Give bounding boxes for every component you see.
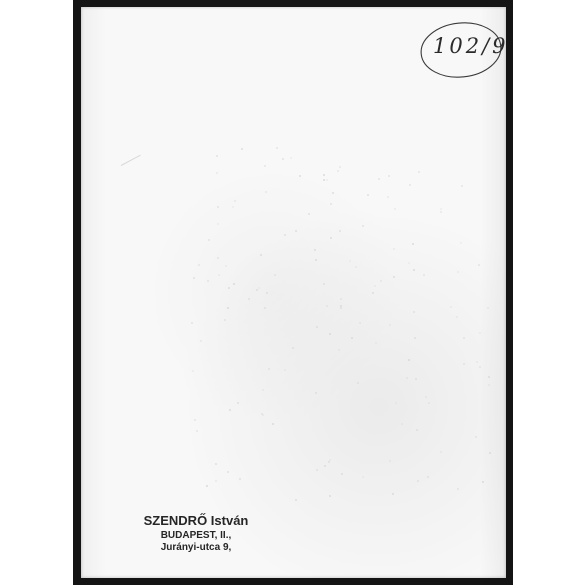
paper-speck (227, 307, 229, 309)
paper-speck (413, 269, 415, 271)
paper-speck (284, 234, 286, 236)
paper-speck (258, 287, 260, 289)
paper-speck (329, 495, 331, 497)
paper-speck (389, 324, 391, 326)
paper-speck (489, 452, 491, 454)
paper-speck (457, 271, 459, 273)
paper-speck (314, 249, 316, 251)
paper-speck (479, 332, 481, 334)
paper-speck (206, 485, 208, 487)
paper-speck (388, 175, 390, 177)
paper-speck (340, 298, 342, 300)
paper-speck (479, 366, 481, 368)
paper-speck (224, 319, 226, 321)
photographer-city: BUDAPEST, II., (121, 529, 271, 542)
paper-speck (337, 170, 339, 172)
paper-speck (362, 225, 364, 227)
paper-speck (326, 305, 328, 307)
paper-speck (418, 171, 420, 173)
paper-speck (349, 260, 351, 262)
paper-speck (316, 469, 318, 471)
paper-speck (460, 242, 462, 244)
paper-speck (218, 274, 220, 276)
paper-speck (282, 158, 284, 160)
photographer-street: Jurányi-utca 9, (121, 542, 271, 554)
paper-speck (193, 277, 195, 279)
paper-speck (393, 276, 395, 278)
paper-speck (292, 347, 294, 349)
paper-speck (194, 419, 196, 421)
paper-speck (239, 478, 241, 480)
paper-speck (192, 370, 194, 372)
paper-speck (457, 488, 459, 490)
paper-speck (323, 179, 325, 181)
paper-speck (272, 423, 274, 425)
paper-speck (461, 185, 463, 187)
paper-speck (295, 499, 297, 501)
paper-speck (417, 480, 419, 482)
paper-speck (367, 194, 369, 196)
paper-speck (328, 461, 330, 463)
paper-speck (264, 307, 266, 309)
paper-speck (427, 476, 429, 478)
paper-speck (330, 203, 332, 205)
paper-speck (264, 165, 266, 167)
paper-speck (196, 430, 198, 432)
photo-paper-back: 102/9 SZENDRŐ István BUDAPEST, II., Jurá… (81, 7, 506, 578)
paper-speck (339, 230, 341, 232)
paper-speck (256, 289, 258, 291)
paper-speck (200, 340, 202, 342)
paper-speck (215, 463, 217, 465)
paper-speck (217, 223, 219, 225)
paper-speck (329, 333, 331, 335)
paper-speck (266, 292, 268, 294)
paper-speck (393, 248, 395, 250)
paper-speck (413, 311, 415, 313)
paper-speck (341, 473, 343, 475)
paper-speck (330, 237, 332, 239)
paper-speck (308, 213, 310, 215)
paper-speck (338, 349, 340, 351)
paper-speck (401, 423, 403, 425)
paper-speck (260, 254, 262, 256)
paper-speck (423, 274, 425, 276)
paper-speck (394, 208, 396, 210)
paper-speck (372, 292, 374, 294)
paper-speck (332, 192, 334, 194)
paper-speck (409, 184, 411, 186)
paper-speck (233, 283, 235, 285)
paper-speck (476, 361, 478, 363)
paper-speck (355, 266, 357, 268)
paper-speck (428, 402, 430, 404)
paper-speck (482, 481, 484, 483)
paper-speck (456, 316, 458, 318)
paper-speck (440, 208, 442, 210)
paper-speck (487, 307, 489, 309)
paper-speck (299, 175, 301, 177)
paper-speck (229, 409, 231, 411)
paper-speck (295, 230, 297, 232)
paper-speck (425, 396, 427, 398)
paper-speck (408, 262, 410, 264)
paper-speck (191, 322, 193, 324)
paper-speck (316, 326, 318, 328)
paper-speck (359, 322, 361, 324)
paper-speck (227, 471, 229, 473)
paper-speck (228, 287, 230, 289)
paper-speck (340, 307, 342, 309)
paper-speck (389, 460, 391, 462)
paper-speck (234, 200, 236, 202)
paper-speck (262, 389, 264, 391)
paper-speck (357, 382, 359, 384)
paper-speck (248, 298, 250, 300)
inventory-number-mark: 102/9 (419, 19, 503, 81)
paper-speck (207, 280, 209, 282)
paper-speck (475, 436, 477, 438)
paper-speck (290, 157, 292, 159)
paper-speck (198, 264, 200, 266)
paper-scratch (121, 155, 141, 166)
paper-speck (392, 493, 394, 495)
paper-speck (415, 378, 417, 380)
paper-speck (351, 337, 353, 339)
paper-speck (375, 342, 377, 344)
paper-speck (440, 211, 442, 213)
paper-speck (324, 465, 326, 467)
paper-speck (408, 359, 410, 361)
paper-speck (488, 376, 490, 378)
paper-speck (241, 148, 243, 150)
paper-speck (326, 179, 328, 181)
paper-speck (378, 178, 380, 180)
paper-speck (323, 283, 325, 285)
photo-back-scan: 102/9 SZENDRŐ István BUDAPEST, II., Jurá… (0, 0, 585, 585)
paper-speck (406, 377, 408, 379)
paper-speck (362, 476, 364, 478)
paper-speck (323, 174, 325, 176)
paper-speck (217, 257, 219, 259)
paper-speck (463, 363, 465, 365)
paper-speck (215, 480, 217, 482)
paper-speck (329, 459, 331, 461)
paper-speck (268, 368, 270, 370)
paper-speck (217, 206, 219, 208)
paper-speck (216, 155, 218, 157)
paper-speck (440, 451, 442, 453)
paper-speck (265, 191, 267, 193)
paper-speck (488, 384, 490, 386)
paper-speck (274, 274, 276, 276)
paper-speck (416, 429, 418, 431)
paper-speck (478, 264, 480, 266)
paper-speck (395, 402, 397, 404)
inventory-number: 102/9 (433, 34, 506, 58)
paper-speck (237, 402, 239, 404)
paper-speck (414, 337, 416, 339)
paper-speck (276, 147, 278, 149)
paper-speck (450, 306, 452, 308)
photographer-stamp: SZENDRŐ István BUDAPEST, II., Jurányi-ut… (121, 513, 271, 554)
paper-speck (284, 369, 286, 371)
paper-speck (232, 206, 234, 208)
paper-speck (380, 280, 382, 282)
paper-speck (315, 392, 317, 394)
paper-speck (315, 259, 317, 261)
paper-speck (463, 337, 465, 339)
paper-speck (225, 265, 227, 267)
paper-speck (412, 243, 414, 245)
paper-speck (339, 166, 341, 168)
paper-speck (208, 239, 210, 241)
paper-speck (374, 285, 376, 287)
photographer-name: SZENDRŐ István (121, 513, 271, 529)
paper-speck (387, 196, 389, 198)
paper-speck (216, 172, 218, 174)
